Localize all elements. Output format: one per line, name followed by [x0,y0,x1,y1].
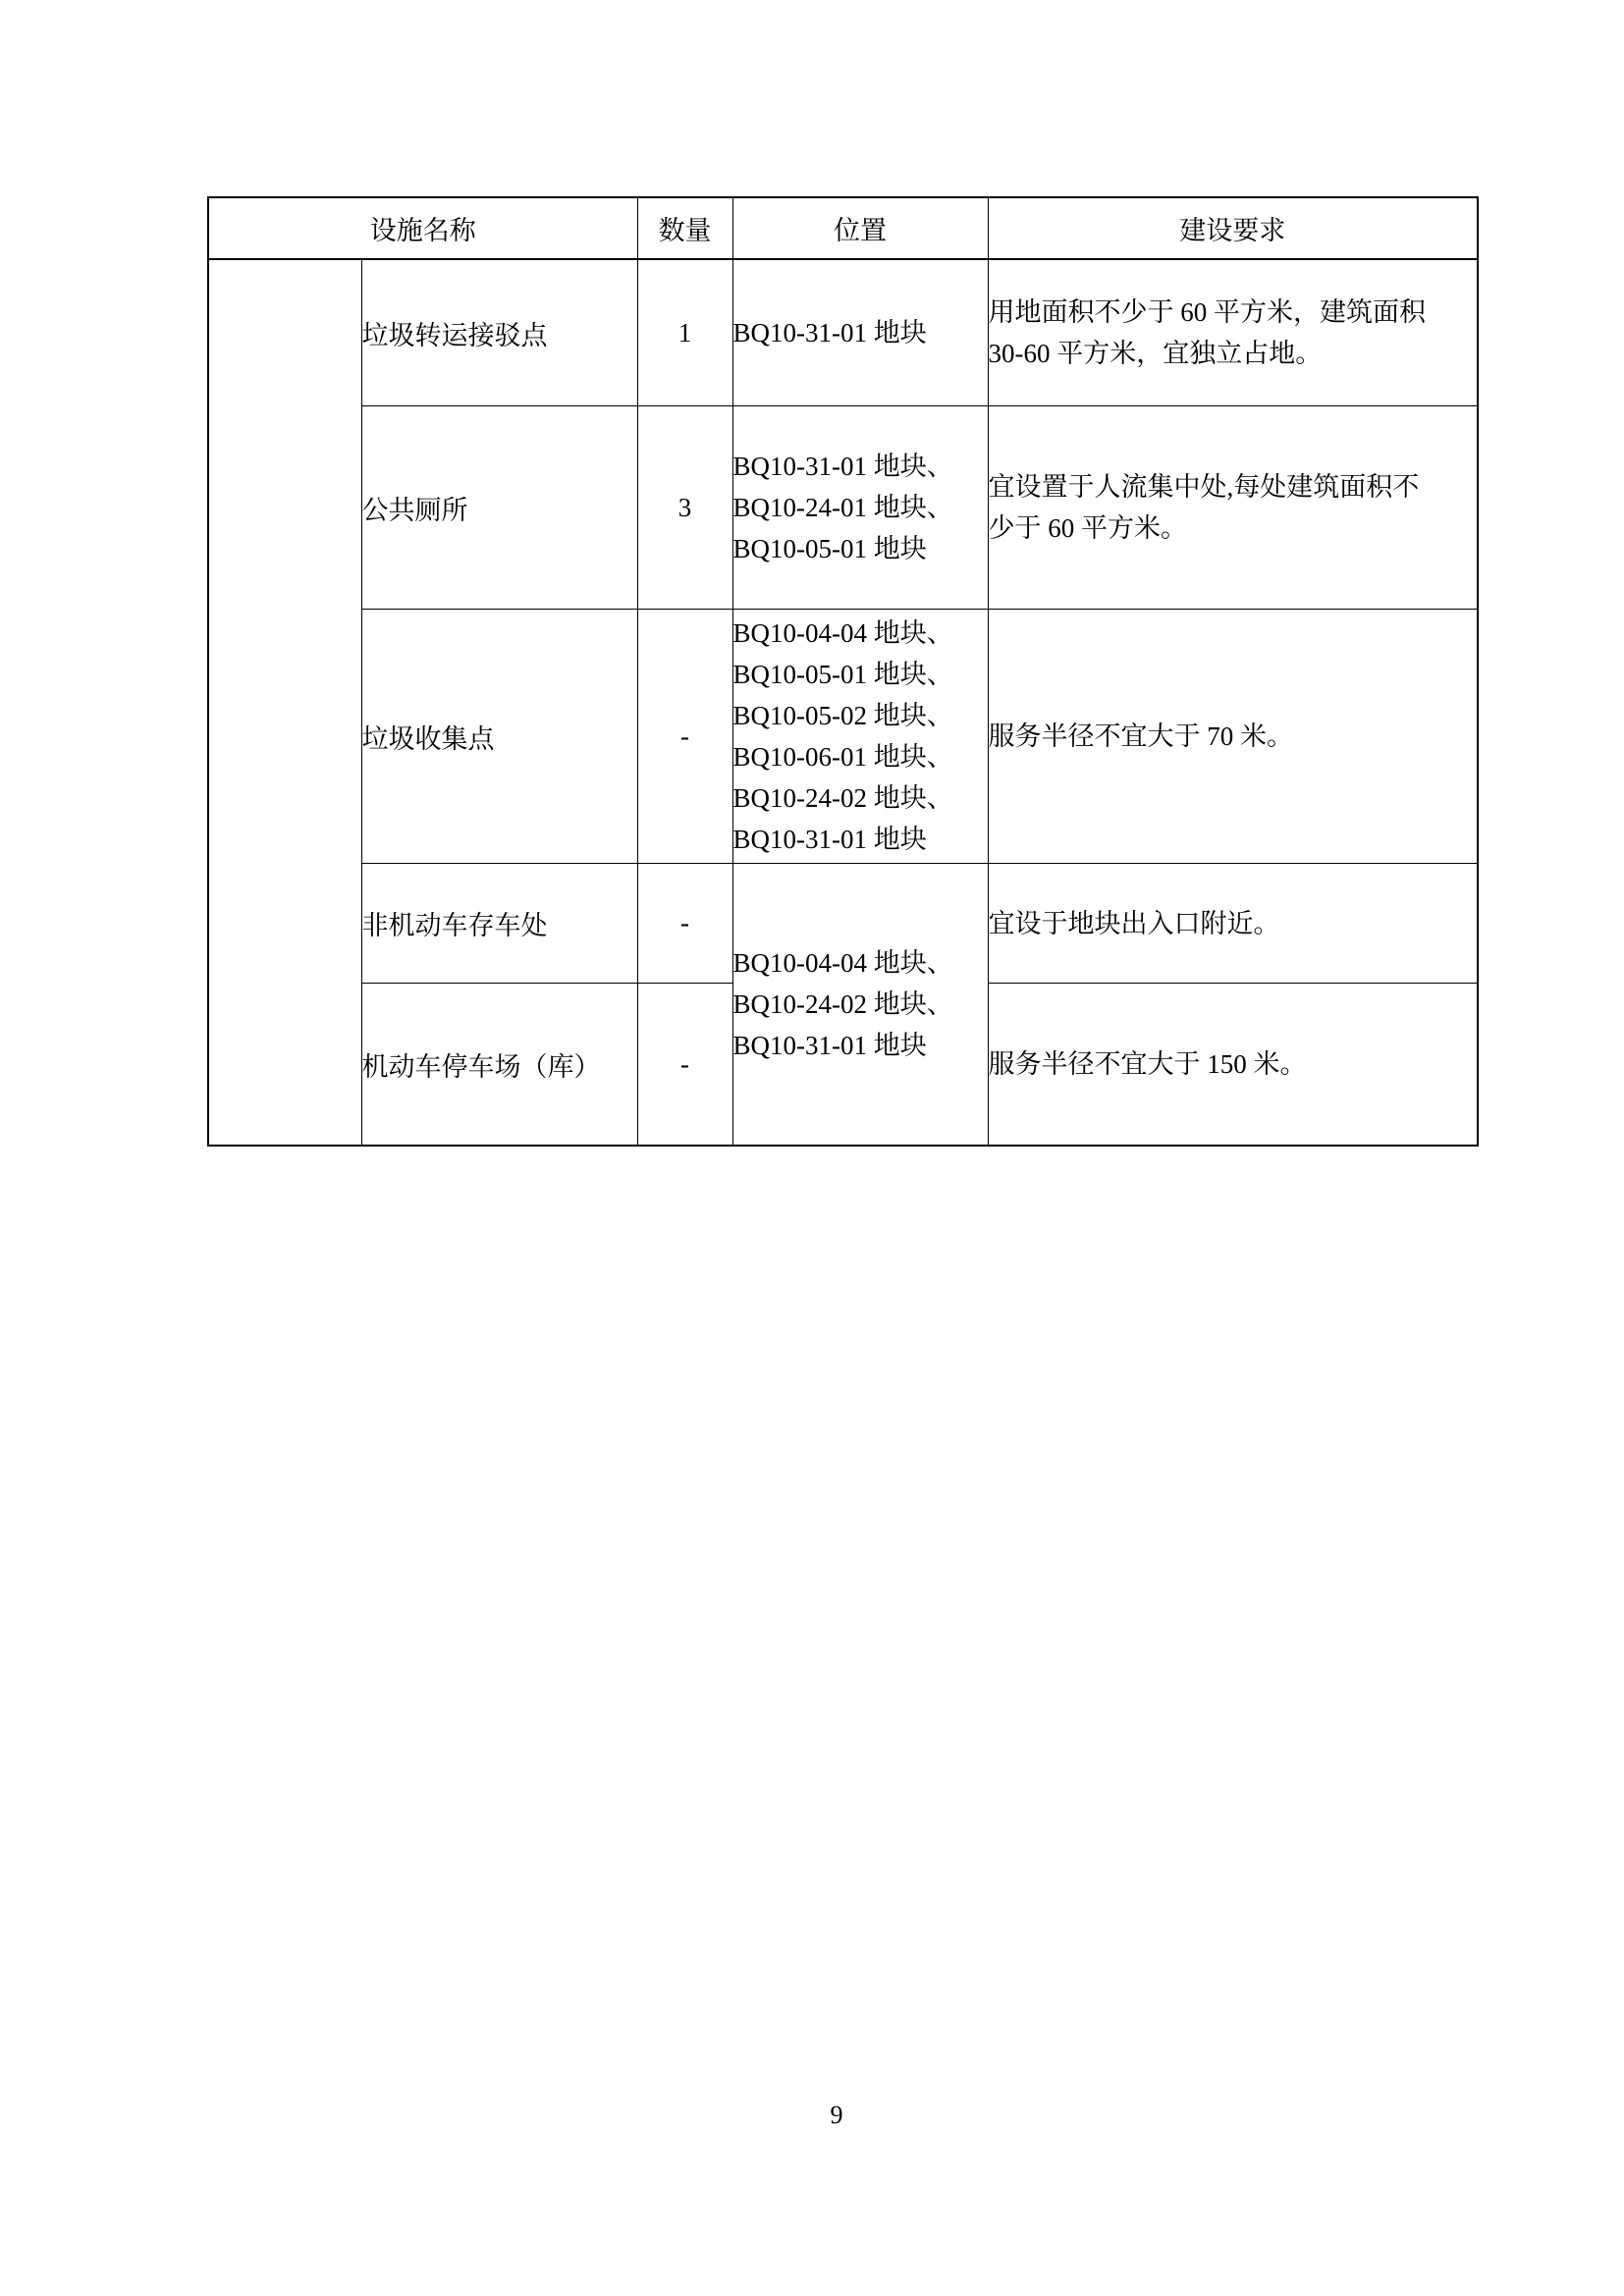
table-header-row: 设施名称 数量 位置 建设要求 [208,197,1478,259]
quantity-cell: - [637,610,732,864]
requirements-cell: 服务半径不宜大于 150 米。 [988,984,1478,1147]
location-line: BQ10-04-04 地块、 [733,942,988,984]
table-row-waste-transfer: 垃圾转运接驳点 1 BQ10-31-01 地块 用地面积不少于 60 平方米，建… [208,259,1478,406]
requirements-cell: 服务半径不宜大于 70 米。 [988,610,1478,864]
facility-name-cell: 机动车停车场（库） [361,984,637,1147]
facility-name-cell: 垃圾转运接驳点 [361,259,637,406]
requirement-line: 宜设置于人流集中处,每处建筑面积不 [989,466,1478,507]
requirements-cell: 宜设于地块出入口附近。 [988,864,1478,984]
column-header-quantity: 数量 [637,197,732,259]
quantity-cell: - [637,984,732,1147]
location-line: BQ10-06-01 地块、 [733,736,988,777]
location-line: BQ10-24-02 地块、 [733,984,988,1025]
location-line: BQ10-05-02 地块、 [733,695,988,736]
requirement-line: 服务半径不宜大于 70 米。 [989,716,1478,757]
location-line: BQ10-31-01 地块 [733,312,988,353]
location-line: BQ10-31-01 地块 [733,819,988,860]
quantity-cell: 1 [637,259,732,406]
quantity-cell: - [637,864,732,984]
requirement-line: 服务半径不宜大于 150 米。 [989,1043,1478,1085]
quantity-cell: 3 [637,406,732,610]
table-row-bicycle-parking: 非机动车存车处 - BQ10-04-04 地块、 BQ10-24-02 地块、 … [208,864,1478,984]
facility-name-cell: 公共厕所 [361,406,637,610]
location-line: BQ10-24-01 地块、 [733,487,988,528]
category-spacer-cell [208,259,361,1146]
requirements-cell: 用地面积不少于 60 平方米，建筑面积 30-60 平方米，宜独立占地。 [988,259,1478,406]
location-line: BQ10-31-01 地块、 [733,446,988,487]
facility-name-cell: 非机动车存车处 [361,864,637,984]
facility-name-cell: 垃圾收集点 [361,610,637,864]
location-line: BQ10-05-01 地块、 [733,654,988,695]
facilities-table: 设施名称 数量 位置 建设要求 垃圾转运接驳点 1 BQ10-31-01 地块 … [207,196,1479,1147]
column-header-requirements: 建设要求 [988,197,1478,259]
page-number: 9 [25,2101,1624,2130]
requirement-line: 少于 60 平方米。 [989,507,1478,549]
requirement-line: 用地面积不少于 60 平方米，建筑面积 [989,292,1478,333]
location-cell: BQ10-31-01 地块 [732,259,988,406]
location-line: BQ10-24-02 地块、 [733,777,988,819]
location-cell: BQ10-31-01 地块、 BQ10-24-01 地块、 BQ10-05-01… [732,406,988,610]
location-cell: BQ10-04-04 地块、 BQ10-05-01 地块、 BQ10-05-02… [732,610,988,864]
column-header-location: 位置 [732,197,988,259]
location-line: BQ10-31-01 地块 [733,1025,988,1066]
requirements-cell: 宜设置于人流集中处,每处建筑面积不 少于 60 平方米。 [988,406,1478,610]
location-cell-merged: BQ10-04-04 地块、 BQ10-24-02 地块、 BQ10-31-01… [732,864,988,1147]
location-line: BQ10-04-04 地块、 [733,613,988,654]
column-header-facility-name: 设施名称 [208,197,637,259]
location-line: BQ10-05-01 地块 [733,528,988,569]
document-page: 设施名称 数量 位置 建设要求 垃圾转运接驳点 1 BQ10-31-01 地块 … [0,0,1624,2296]
table-row-public-toilet: 公共厕所 3 BQ10-31-01 地块、 BQ10-24-01 地块、 BQ1… [208,406,1478,610]
requirement-line: 宜设于地块出入口附近。 [989,903,1478,944]
table-row-waste-collection: 垃圾收集点 - BQ10-04-04 地块、 BQ10-05-01 地块、 BQ… [208,610,1478,864]
requirement-line: 30-60 平方米，宜独立占地。 [989,333,1478,374]
